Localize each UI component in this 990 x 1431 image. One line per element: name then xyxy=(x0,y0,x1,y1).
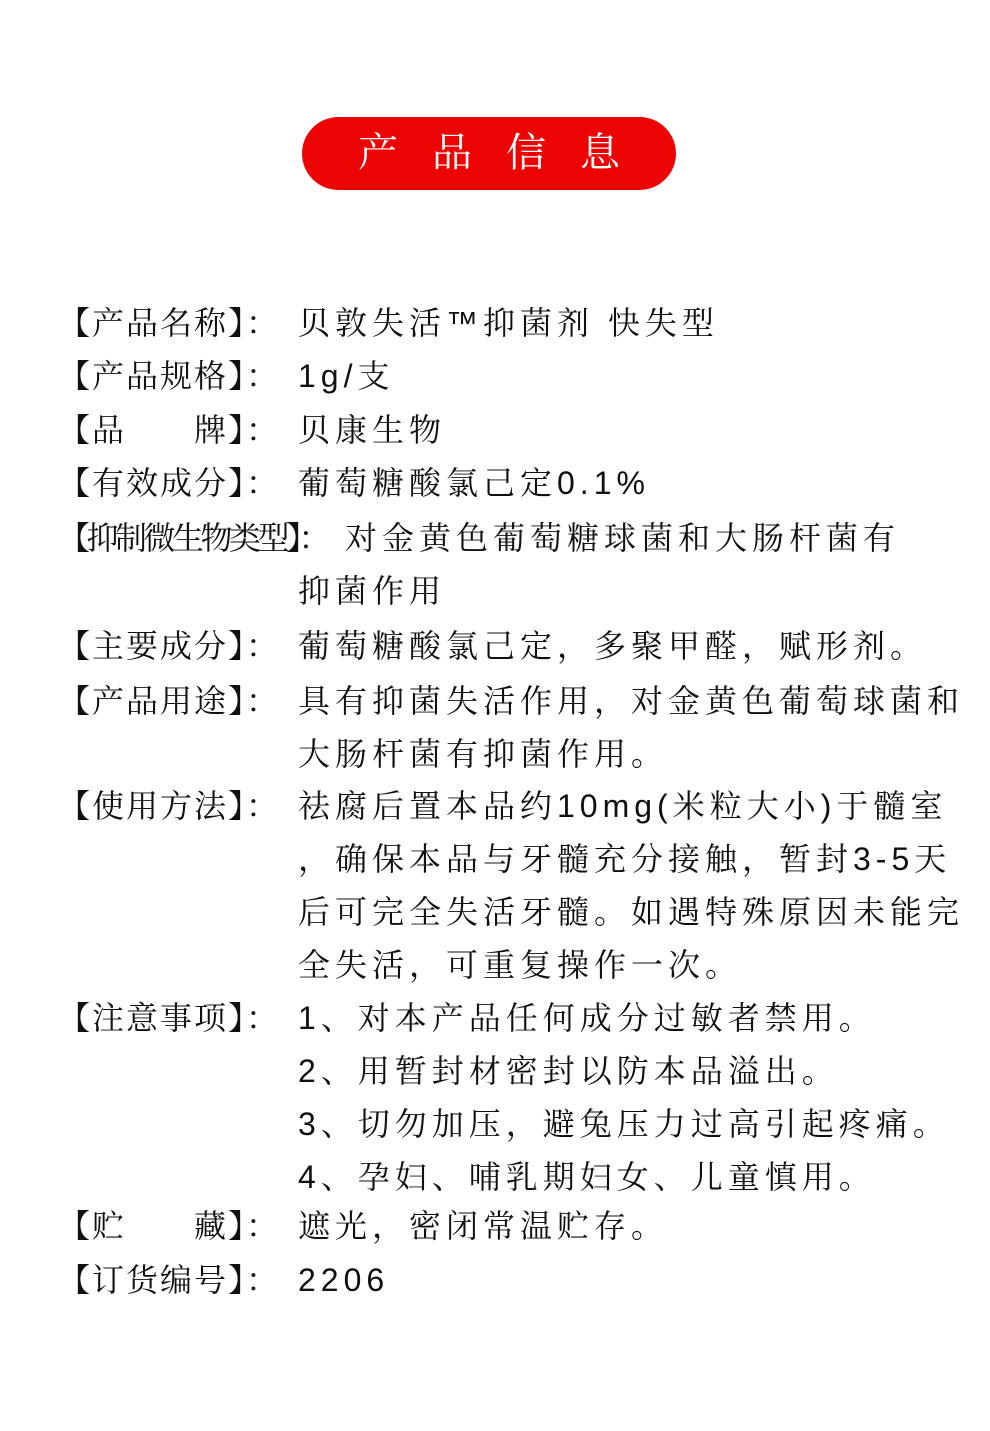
page-title: 产品信息 xyxy=(302,117,676,190)
field-value-usage-method-line3: 后可完全失活牙髓。如遇特殊原因未能完 xyxy=(298,886,964,939)
field-label-product-use: 【产品用途】： xyxy=(58,675,280,728)
field-value-product-name: 贝敦失活™抑菌剂 快失型 xyxy=(298,297,719,350)
field-label-main-ingredients: 【主要成分】： xyxy=(58,620,280,673)
field-value-usage-method-line4: 全失活，可重复操作一次。 xyxy=(298,939,964,992)
field-value-usage-method-line2: ，确保本品与牙髓充分接触，暂封3-5天 xyxy=(298,833,964,886)
field-label-active-ingredient: 【有效成分】： xyxy=(58,457,280,510)
field-label-brand: 【品 牌】： xyxy=(58,404,280,457)
field-value-usage-method-line1: 祛腐后置本品约10mg(米粒大小)于髓室 xyxy=(298,780,964,833)
field-label-precautions: 【注意事项】： xyxy=(58,992,280,1045)
field-value-product-spec: 1g/支 xyxy=(298,350,395,403)
field-label-storage: 【贮 藏】： xyxy=(58,1200,280,1253)
field-value-main-ingredients: 葡萄糖酸氯己定，多聚甲醛，赋形剂。 xyxy=(298,620,927,673)
field-label-product-name: 【产品名称】： xyxy=(58,297,280,350)
field-value-active-ingredient: 葡萄糖酸氯己定0.1% xyxy=(298,457,650,510)
field-label-order-number: 【订货编号】： xyxy=(58,1254,280,1307)
field-value-precautions-item4: 4、孕妇、哺乳期妇女、儿童慎用。 xyxy=(298,1151,950,1204)
field-value-product-use-line2: 大肠杆菌有抑菌作用。 xyxy=(298,728,964,781)
header-pill: 产品信息 xyxy=(302,117,676,190)
field-value-inhibited-microbe-type-line2: 抑菌作用 xyxy=(298,565,900,618)
field-value-product-use-line1: 具有抑菌失活作用，对金黄色葡萄球菌和 xyxy=(298,675,964,728)
field-value-brand: 贝康生物 xyxy=(298,404,446,457)
field-label-product-spec: 【产品规格】： xyxy=(58,350,280,403)
field-value-precautions-item3: 3、切勿加压，避兔压力过高引起疼痛。 xyxy=(298,1098,950,1151)
field-value-storage: 遮光，密闭常温贮存。 xyxy=(298,1200,668,1253)
product-info-sheet: 产品信息 【产品名称】： 贝敦失活™抑菌剂 快失型 【产品规格】： 1g/支 【… xyxy=(0,0,990,1431)
field-value-inhibited-microbe-type-line1: 对金黄色葡萄糖球菌和大肠杆菌有 xyxy=(345,512,900,565)
field-label-inhibited-microbe-type: 【抑制微生物类型】： xyxy=(58,512,327,565)
field-value-order-number: 2206 xyxy=(298,1254,389,1307)
field-value-precautions-item2: 2、用暂封材密封以防本品溢出。 xyxy=(298,1045,950,1098)
field-value-precautions-item1: 1、对本产品任何成分过敏者禁用。 xyxy=(298,992,950,1045)
field-label-usage-method: 【使用方法】： xyxy=(58,780,280,833)
